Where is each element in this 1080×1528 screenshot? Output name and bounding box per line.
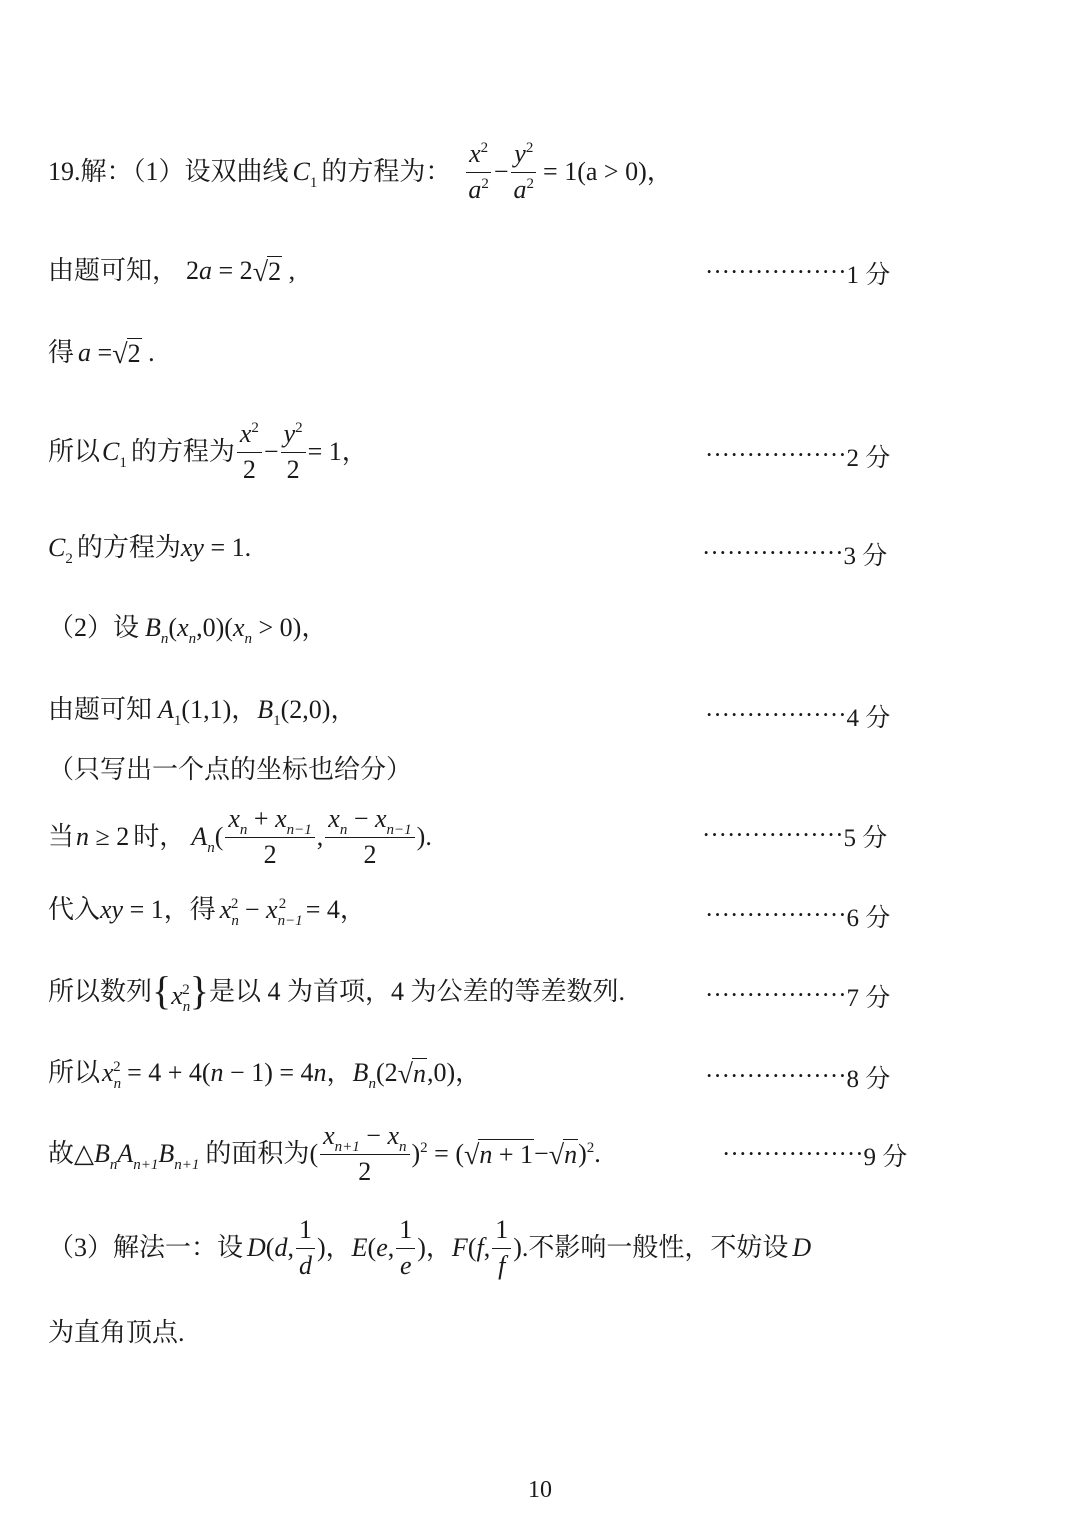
line-5-text: 的方程为: [77, 535, 181, 561]
line-8: （只写出一个点的坐标也给分）: [48, 757, 412, 783]
line-2: 由题可知， 2a = 2 √2 ,: [48, 256, 295, 287]
math-D-vertex: D: [792, 1235, 811, 1261]
line-11-text: 是以 4 为首项，4 为公差的等差数列.: [209, 979, 625, 1005]
dot-leader: ·················: [705, 982, 847, 1010]
line-9: 当 n ≥ 2 时， An( xn + xn−12 , xn − xn−12 )…: [48, 805, 432, 869]
fraction-1-over-f: 1f: [492, 1216, 511, 1280]
line-7-prefix: 由题可知: [48, 697, 152, 723]
close-paren: ).: [417, 824, 432, 850]
math-C1: C1: [293, 159, 318, 185]
line-1-text: 的方程为：: [321, 159, 451, 185]
comma: ,: [282, 258, 295, 284]
math-triangle: BnAn+1Bn+1: [94, 1141, 199, 1167]
score-6: ················· 6 分: [705, 898, 890, 934]
line-15-text: 为直角顶点.: [48, 1320, 185, 1346]
line-13-text: 的面积为: [205, 1141, 309, 1167]
close-paren: ).: [513, 1235, 528, 1261]
fraction-y2-2: y22: [281, 420, 306, 484]
score-label: 5 分: [844, 818, 888, 854]
line-14: （3）解法一：设 D(d, 1d )，E(e, 1e )，F(f, 1f ). …: [48, 1216, 811, 1280]
comma-sep: )，F(f,: [417, 1235, 490, 1261]
line-13-prefix: 故△: [48, 1141, 94, 1167]
fraction-1-over-d: 1d: [296, 1216, 315, 1280]
math-Bn-def: Bn(xn,0)(xn > 0)，: [145, 615, 327, 641]
comma: ,: [317, 824, 324, 850]
line-5: C2 的方程为 xy = 1.: [48, 535, 251, 561]
dot-leader: ·················: [705, 1063, 847, 1091]
fraction-diff: xn − xn−12: [325, 805, 414, 869]
math-xn2-formula: xn2 = 4 + 4(n − 1) = 4n，Bn(2: [102, 1060, 398, 1086]
math-a-eq: a =: [78, 340, 112, 366]
minus-sign: −: [264, 439, 279, 465]
square-eq: )2 = (: [412, 1141, 465, 1167]
minus-sign: −: [534, 1141, 549, 1167]
math-sequence-set: {xn2}: [152, 975, 209, 1009]
period: .: [142, 340, 155, 366]
math-recurrence: xn2 − xn−12 = 4，: [220, 897, 366, 923]
fraction-1-over-e: 1e: [396, 1216, 415, 1280]
line-6-prefix: （2）设: [48, 615, 139, 641]
line-9-text: 时，: [133, 824, 185, 850]
fraction-sum: xn + xn−12: [225, 805, 314, 869]
dot-leader: ·················: [702, 822, 844, 850]
note-partial-credit: （只写出一个点的坐标也给分）: [48, 757, 412, 783]
math-xy-eq: xy = 1.: [181, 535, 251, 561]
dot-leader: ·················: [705, 902, 847, 930]
math-C1: C1: [102, 439, 127, 465]
score-7: ················· 7 分: [705, 978, 890, 1014]
line-14-text: 不影响一般性，不妨设: [528, 1235, 788, 1261]
fraction-area: xn+1 − xn2: [320, 1122, 409, 1186]
line-15: 为直角顶点.: [48, 1320, 185, 1346]
dot-leader: ·················: [722, 1141, 864, 1169]
score-label: 9 分: [864, 1137, 908, 1173]
dot-leader: ·················: [705, 702, 847, 730]
score-5: ················· 5 分: [702, 818, 887, 854]
score-4: ················· 4 分: [705, 698, 890, 734]
line-7: 由题可知 A1(1,1)，B1(2,0)，: [48, 697, 356, 723]
math-xy-eq: xy = 1: [100, 897, 164, 923]
minus-sign: −: [494, 159, 509, 185]
line-12-prefix: 所以: [48, 1060, 100, 1086]
line-13: 故△ BnAn+1Bn+1 的面积为 ( xn+1 − xn2 )2 = ( √…: [48, 1122, 601, 1186]
line-1: 19.解：（1）设双曲线 C1 的方程为： x2a2 − y2a2 = 1(a …: [48, 140, 673, 204]
math-D: D(d,: [247, 1235, 294, 1261]
score-label: 2 分: [847, 438, 891, 474]
score-label: 4 分: [847, 698, 891, 734]
line-4-text: 的方程为: [131, 439, 235, 465]
math-A1-B1: A1(1,1)，B1(2,0)，: [158, 697, 356, 723]
math-C2: C2: [48, 535, 73, 561]
math-An: An(: [191, 824, 223, 850]
line-3-prefix: 得: [48, 340, 74, 366]
math-tail: ,0)，: [427, 1060, 481, 1086]
sqrt-2: √2: [253, 256, 282, 287]
line-10-prefix: 代入: [48, 897, 100, 923]
score-label: 1 分: [847, 255, 891, 291]
line-11-prefix: 所以数列: [48, 979, 152, 1005]
page-number: 10: [0, 1477, 1080, 1504]
line-4-prefix: 所以: [48, 439, 100, 465]
math-n-geq-2: n ≥ 2: [76, 824, 129, 850]
score-2: ················· 2 分: [705, 438, 890, 474]
line-4: 所以 C1 的方程为 x22 − y22 = 1，: [48, 420, 368, 484]
open-paren: (: [309, 1141, 318, 1167]
line-10-text: ，得: [164, 897, 216, 923]
sqrt-n-plus-1: √n + 1: [464, 1139, 534, 1170]
line-10: 代入 xy = 1 ，得 xn2 − xn−12 = 4，: [48, 897, 366, 923]
fraction-y2-a2: y2a2: [511, 140, 538, 204]
eq-1: = 1，: [308, 439, 368, 465]
square-tail: )2.: [578, 1141, 601, 1167]
line-12: 所以 xn2 = 4 + 4(n − 1) = 4n，Bn(2 √n ,0)，: [48, 1058, 481, 1089]
line-14-prefix: （3）解法一：设: [48, 1235, 243, 1261]
comma-sep: )，E(e,: [317, 1235, 394, 1261]
dot-leader: ·················: [702, 540, 844, 568]
score-3: ················· 3 分: [702, 536, 887, 572]
sqrt-2: √2: [112, 338, 141, 369]
score-label: 3 分: [844, 536, 888, 572]
math-2a-eq: 2a = 2: [186, 258, 253, 284]
score-8: ················· 8 分: [705, 1059, 890, 1095]
score-9: ················· 9 分: [722, 1137, 907, 1173]
score-label: 8 分: [847, 1059, 891, 1095]
line-2-prefix: 由题可知，: [48, 258, 178, 284]
fraction-x2-a2: x2a2: [465, 140, 492, 204]
fraction-x2-2: x22: [237, 420, 262, 484]
score-label: 6 分: [847, 898, 891, 934]
line-6: （2）设 Bn(xn,0)(xn > 0)，: [48, 615, 327, 641]
line-1-tail: = 1(a > 0)，: [543, 159, 673, 185]
dot-leader: ·················: [705, 259, 847, 287]
line-9-prefix: 当: [48, 824, 74, 850]
line-3: 得 a = √2 .: [48, 338, 155, 369]
score-1: ················· 1 分: [705, 255, 890, 291]
sqrt-n: √n: [549, 1139, 578, 1170]
dot-leader: ·················: [705, 442, 847, 470]
line-1-prefix: 19.解：（1）设双曲线: [48, 159, 289, 185]
score-label: 7 分: [847, 978, 891, 1014]
line-11: 所以数列 {xn2} 是以 4 为首项，4 为公差的等差数列.: [48, 975, 625, 1009]
sqrt-n: √n: [398, 1058, 427, 1089]
